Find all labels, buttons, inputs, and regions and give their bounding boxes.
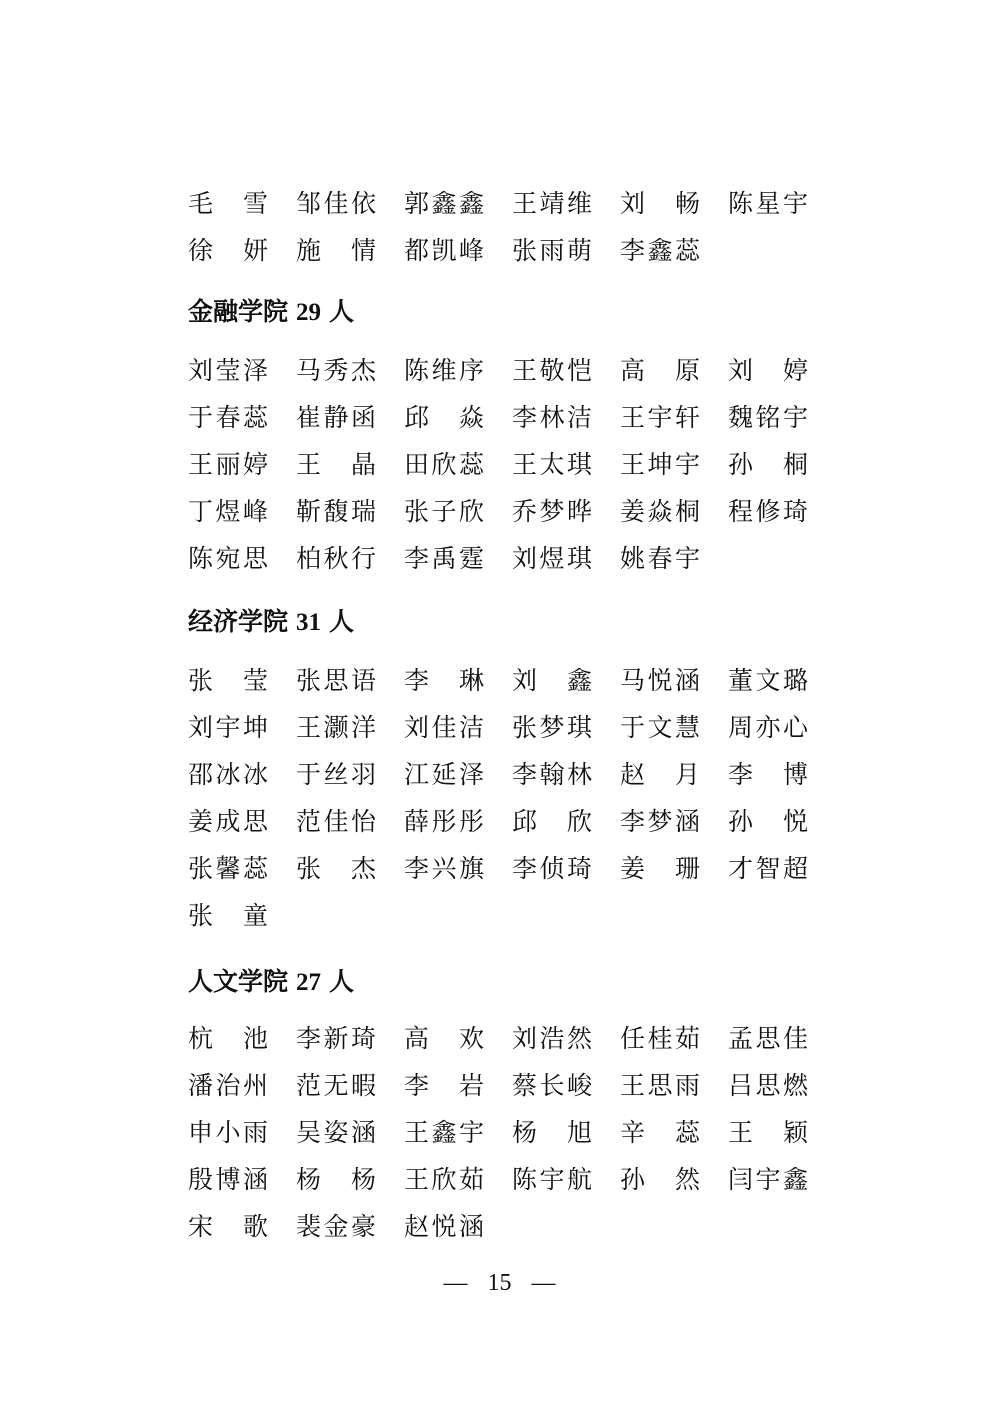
list-item: 杨旭: [512, 1117, 592, 1149]
list-item: 施情: [296, 235, 376, 267]
list-item: 赵悦涵: [404, 1211, 484, 1243]
list-item: 张思语: [296, 665, 376, 697]
list-item: 于文慧: [620, 712, 700, 744]
list-item: 李鑫蕊: [620, 235, 700, 267]
list-item: 张童: [188, 900, 268, 932]
list-item: 才智超: [728, 853, 808, 885]
list-item: 王宇轩: [620, 402, 700, 434]
college-name: 经济学院: [188, 607, 288, 636]
list-item: 薛彤彤: [404, 806, 484, 838]
name-row: 邵冰冰于丝羽江延泽李翰林赵月李博: [188, 759, 828, 806]
list-item: 郭鑫鑫: [404, 188, 484, 220]
list-item: 邱欣: [512, 806, 592, 838]
list-item: 李兴旗: [404, 853, 484, 885]
list-item: 都凯峰: [404, 235, 484, 267]
footer-dash-left: —: [444, 1268, 468, 1298]
list-item: 孙悦: [728, 806, 808, 838]
list-item: 乔梦晔: [512, 496, 592, 528]
list-item: 申小雨: [188, 1117, 268, 1149]
name-row: 于春蕊崔静函邱焱李林洁王宇轩魏铭宇: [188, 402, 828, 449]
name-row: 殷博涵杨杨王欣茹陈宇航孙然闫宇鑫: [188, 1164, 828, 1211]
list-item: 蔡长峻: [512, 1070, 592, 1102]
count-unit: 人: [329, 297, 354, 326]
list-item: 裴金豪: [296, 1211, 376, 1243]
list-item: 马悦涵: [620, 665, 700, 697]
name-row: 张莹张思语李琳刘鑫马悦涵董文璐: [188, 665, 828, 712]
list-item: 王灏洋: [296, 712, 376, 744]
section-heading-humanities: 人文学院27人: [188, 966, 354, 999]
list-item: 邵冰冰: [188, 759, 268, 791]
list-item: 张子欣: [404, 496, 484, 528]
list-item: 王太琪: [512, 449, 592, 481]
college-name: 人文学院: [188, 967, 288, 996]
list-item: 李岩: [404, 1070, 484, 1102]
list-item: 张杰: [296, 853, 376, 885]
page-number: 15: [488, 1270, 512, 1296]
list-item: 张莹: [188, 665, 268, 697]
list-item: 刘佳洁: [404, 712, 484, 744]
name-row: 张童: [188, 900, 828, 947]
count-unit: 人: [329, 607, 354, 636]
list-item: 刘鑫: [512, 665, 592, 697]
list-item: 杨杨: [296, 1164, 376, 1196]
list-item: 刘婷: [728, 355, 808, 387]
list-item: 邱焱: [404, 402, 484, 434]
list-item: 辛蕊: [620, 1117, 700, 1149]
list-item: 姜成思: [188, 806, 268, 838]
name-row: 潘治州范无暇李岩蔡长峻王思雨吕思燃: [188, 1070, 828, 1117]
name-row: 刘宇坤王灏洋刘佳洁张梦琪于文慧周亦心: [188, 712, 828, 759]
list-item: 于丝羽: [296, 759, 376, 791]
list-item: 周亦心: [728, 712, 808, 744]
footer-dash-right: —: [532, 1268, 556, 1298]
list-item: 孙桐: [728, 449, 808, 481]
list-item: 董文璐: [728, 665, 808, 697]
document-page: 毛雪邹佳依郭鑫鑫王靖维刘畅陈星宇徐妍施情都凯峰张雨萌李鑫蕊金融学院29人刘莹泽马…: [0, 0, 999, 1414]
list-item: 柏秋行: [296, 543, 376, 575]
name-row: 刘莹泽马秀杰陈维序王敬恺高原刘婷: [188, 355, 828, 402]
list-item: 孙然: [620, 1164, 700, 1196]
list-item: 邹佳依: [296, 188, 376, 220]
count-unit: 人: [329, 967, 354, 996]
list-item: 李新琦: [296, 1023, 376, 1055]
list-item: 范无暇: [296, 1070, 376, 1102]
list-item: 王思雨: [620, 1070, 700, 1102]
list-item: 潘治州: [188, 1070, 268, 1102]
list-item: 王鑫宇: [404, 1117, 484, 1149]
list-item: 毛雪: [188, 188, 268, 220]
member-count: 29: [296, 299, 321, 326]
list-item: 姜焱桐: [620, 496, 700, 528]
name-list-humanities: 杭池李新琦高欢刘浩然任桂茹孟思佳潘治州范无暇李岩蔡长峻王思雨吕思燃申小雨吴姿涵王…: [188, 1023, 828, 1258]
member-count: 31: [296, 609, 321, 636]
list-item: 任桂茹: [620, 1023, 700, 1055]
list-item: 刘畅: [620, 188, 700, 220]
list-item: 吴姿涵: [296, 1117, 376, 1149]
college-name: 金融学院: [188, 297, 288, 326]
name-row: 毛雪邹佳依郭鑫鑫王靖维刘畅陈星宇: [188, 188, 828, 235]
list-item: 闫宇鑫: [728, 1164, 808, 1196]
section-heading-finance: 金融学院29人: [188, 296, 354, 329]
name-row: 杭池李新琦高欢刘浩然任桂茹孟思佳: [188, 1023, 828, 1070]
list-item: 刘浩然: [512, 1023, 592, 1055]
name-row: 申小雨吴姿涵王鑫宇杨旭辛蕊王颖: [188, 1117, 828, 1164]
list-item: 李博: [728, 759, 808, 791]
list-item: 徐妍: [188, 235, 268, 267]
list-item: 姜珊: [620, 853, 700, 885]
member-count: 27: [296, 969, 321, 996]
list-item: 王晶: [296, 449, 376, 481]
list-item: 王丽婷: [188, 449, 268, 481]
name-list-finance: 刘莹泽马秀杰陈维序王敬恺高原刘婷于春蕊崔静函邱焱李林洁王宇轩魏铭宇王丽婷王晶田欣…: [188, 355, 828, 590]
name-list-economics: 张莹张思语李琳刘鑫马悦涵董文璐刘宇坤王灏洋刘佳洁张梦琪于文慧周亦心邵冰冰于丝羽江…: [188, 665, 828, 947]
list-item: 殷博涵: [188, 1164, 268, 1196]
list-item: 田欣蕊: [404, 449, 484, 481]
list-item: 姚春宇: [620, 543, 700, 575]
list-item: 靳馥瑞: [296, 496, 376, 528]
name-row: 张馨蕊张杰李兴旗李侦琦姜珊才智超: [188, 853, 828, 900]
list-item: 李翰林: [512, 759, 592, 791]
name-row: 宋歌裴金豪赵悦涵: [188, 1211, 828, 1258]
list-item: 赵月: [620, 759, 700, 791]
list-item: 魏铭宇: [728, 402, 808, 434]
list-item: 程修琦: [728, 496, 808, 528]
list-item: 李林洁: [512, 402, 592, 434]
list-item: 陈宇航: [512, 1164, 592, 1196]
name-row: 姜成思范佳怡薛彤彤邱欣李梦涵孙悦: [188, 806, 828, 853]
list-item: 陈维序: [404, 355, 484, 387]
list-item: 陈星宇: [728, 188, 808, 220]
page-footer: — 15 —: [0, 1268, 999, 1298]
list-item: 李琳: [404, 665, 484, 697]
list-item: 王敬恺: [512, 355, 592, 387]
list-item: 丁煜峰: [188, 496, 268, 528]
list-item: 张馨蕊: [188, 853, 268, 885]
list-item: 刘莹泽: [188, 355, 268, 387]
list-item: 王欣茹: [404, 1164, 484, 1196]
list-item: 陈宛思: [188, 543, 268, 575]
list-item: 宋歌: [188, 1211, 268, 1243]
list-item: 江延泽: [404, 759, 484, 791]
list-item: 李梦涵: [620, 806, 700, 838]
list-item: 马秀杰: [296, 355, 376, 387]
list-item: 孟思佳: [728, 1023, 808, 1055]
list-item: 高欢: [404, 1023, 484, 1055]
list-item: 杭池: [188, 1023, 268, 1055]
list-item: 高原: [620, 355, 700, 387]
name-row: 丁煜峰靳馥瑞张子欣乔梦晔姜焱桐程修琦: [188, 496, 828, 543]
list-item: 王靖维: [512, 188, 592, 220]
name-row: 徐妍施情都凯峰张雨萌李鑫蕊: [188, 235, 828, 282]
name-row: 王丽婷王晶田欣蕊王太琪王坤宇孙桐: [188, 449, 828, 496]
list-item: 范佳怡: [296, 806, 376, 838]
list-item: 张梦琪: [512, 712, 592, 744]
list-item: 李侦琦: [512, 853, 592, 885]
list-item: 吕思燃: [728, 1070, 808, 1102]
list-item: 崔静函: [296, 402, 376, 434]
name-row: 陈宛思柏秋行李禹霆刘煜琪姚春宇: [188, 543, 828, 590]
name-list-continued: 毛雪邹佳依郭鑫鑫王靖维刘畅陈星宇徐妍施情都凯峰张雨萌李鑫蕊: [188, 188, 828, 282]
section-heading-economics: 经济学院31人: [188, 606, 354, 639]
list-item: 王坤宇: [620, 449, 700, 481]
list-item: 于春蕊: [188, 402, 268, 434]
list-item: 李禹霆: [404, 543, 484, 575]
list-item: 刘煜琪: [512, 543, 592, 575]
list-item: 刘宇坤: [188, 712, 268, 744]
list-item: 张雨萌: [512, 235, 592, 267]
list-item: 王颖: [728, 1117, 808, 1149]
